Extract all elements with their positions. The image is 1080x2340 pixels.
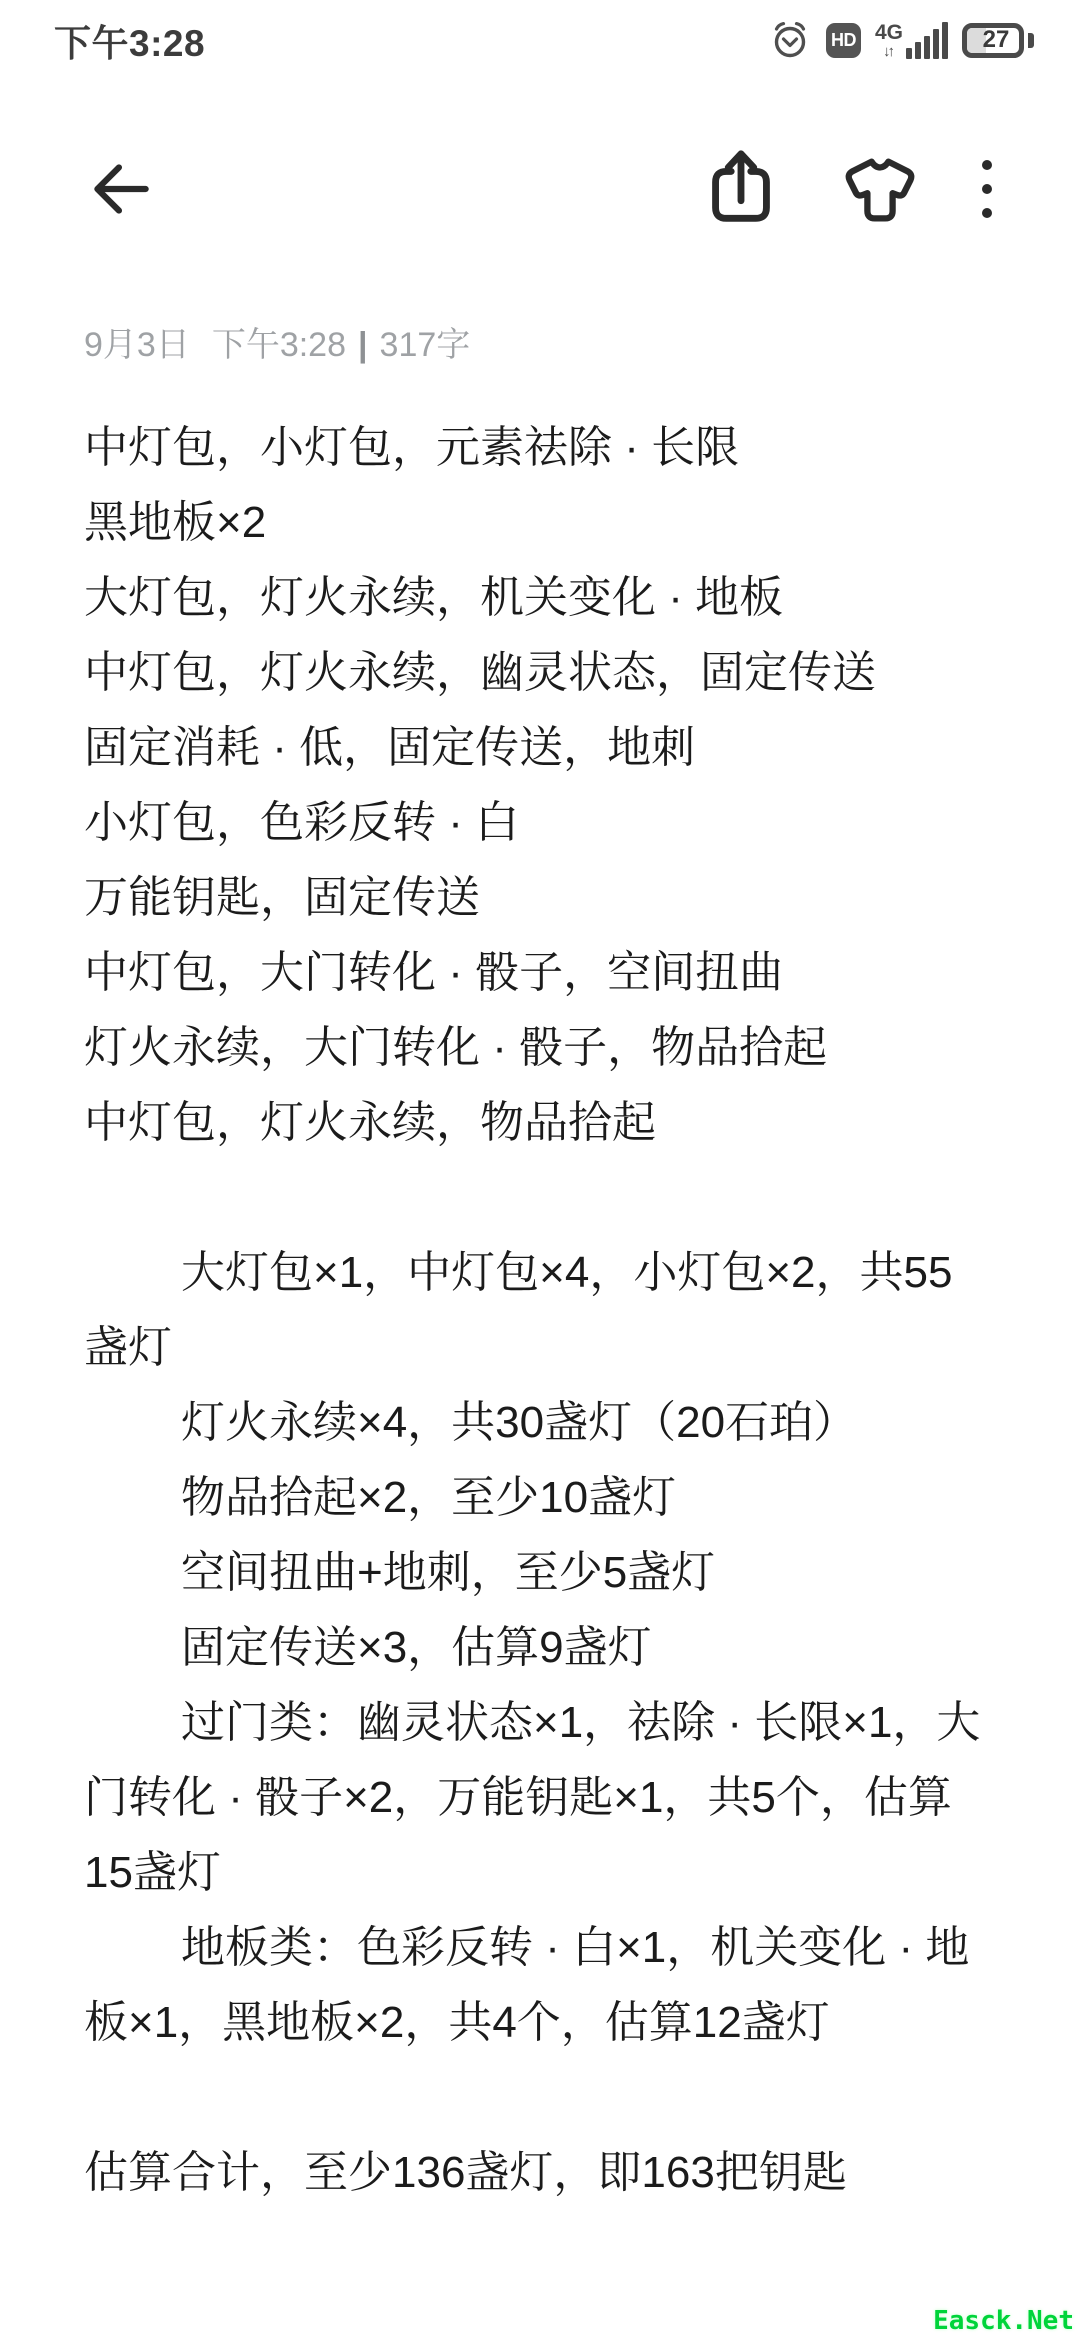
cellular-signal-icon: 4G ↓↑ [875,21,948,59]
note-paragraph[interactable] [84,2060,996,2135]
note-body[interactable]: 中灯包，小灯包，元素祛除 · 长限黑地板×2大灯包，灯火永续，机关变化 · 地板… [84,410,996,2210]
note-paragraph[interactable]: 灯火永续，大门转化 · 骰子，物品拾起 [84,1010,996,1085]
note-paragraph[interactable]: 中灯包，灯火永续，物品拾起 [84,1085,996,1160]
more-menu-button[interactable] [978,157,996,221]
note-toolbar [0,130,1080,248]
note-paragraph[interactable]: 小灯包，色彩反转 · 白 [84,785,996,860]
note-paragraph[interactable]: 大灯包，灯火永续，机关变化 · 地板 [84,560,996,635]
meta-divider: | [358,322,368,368]
notes-app-screen: 下午3:28 HD 4G ↓↑ 27 [0,0,1080,2340]
note-time: 下午3:28 [212,322,346,368]
alarm-icon [768,18,812,62]
note-paragraph[interactable]: 空间扭曲+地刺，至少5盏灯 [84,1535,996,1610]
theme-skin-button[interactable] [838,151,922,227]
battery-nub [1028,33,1034,48]
signal-bars-icon [906,21,948,59]
share-icon [700,144,782,234]
note-paragraph[interactable]: 灯火永续×4，共30盏灯（20石珀） [84,1385,996,1460]
watermark: Easck.Net [933,2306,1074,2336]
status-time: 下午3:28 [54,13,205,67]
tshirt-icon [838,151,922,227]
note-paragraph[interactable]: 中灯包，灯火永续，幽灵状态，固定传送 [84,635,996,710]
note-paragraph[interactable] [84,1160,996,1235]
note-date: 9月3日 [84,322,190,368]
note-paragraph[interactable]: 中灯包，小灯包，元素祛除 · 长限 [84,410,996,485]
note-paragraph[interactable]: 固定消耗 · 低，固定传送，地刺 [84,710,996,785]
kebab-menu-icon [978,157,996,221]
battery-percent: 27 [977,26,1010,54]
note-paragraph[interactable]: 中灯包，大门转化 · 骰子，空间扭曲 [84,935,996,1010]
back-arrow-icon [84,152,158,226]
battery-icon: 27 [962,23,1024,58]
note-paragraph[interactable]: 黑地板×2 [84,485,996,560]
hd-voice-icon: HD [826,23,861,58]
note-paragraph[interactable]: 过门类：幽灵状态×1，祛除 · 长限×1，大门转化 · 骰子×2，万能钥匙×1，… [84,1685,996,1910]
status-icons: HD 4G ↓↑ 27 [768,18,1034,62]
note-paragraph[interactable]: 大灯包×1，中灯包×4，小灯包×2，共55盏灯 [84,1235,996,1385]
note-paragraph[interactable]: 物品拾起×2，至少10盏灯 [84,1460,996,1535]
note-paragraph[interactable]: 固定传送×3，估算9盏灯 [84,1610,996,1685]
toolbar-actions [700,144,996,234]
note-meta: 9月3日 下午3:28 | 317字 [84,322,996,368]
network-activity-arrows-icon: ↓↑ [883,44,895,59]
word-count: 317字 [380,322,471,368]
note-paragraph[interactable]: 地板类：色彩反转 · 白×1，机关变化 · 地板×1，黑地板×2，共4个，估算1… [84,1910,996,2060]
share-button[interactable] [700,144,782,234]
back-button[interactable] [84,152,158,226]
network-type-label: 4G [875,22,903,43]
status-bar: 下午3:28 HD 4G ↓↑ 27 [0,0,1080,80]
note-paragraph[interactable]: 估算合计，至少136盏灯，即163把钥匙 [84,2135,996,2210]
note-paragraph[interactable]: 万能钥匙，固定传送 [84,860,996,935]
